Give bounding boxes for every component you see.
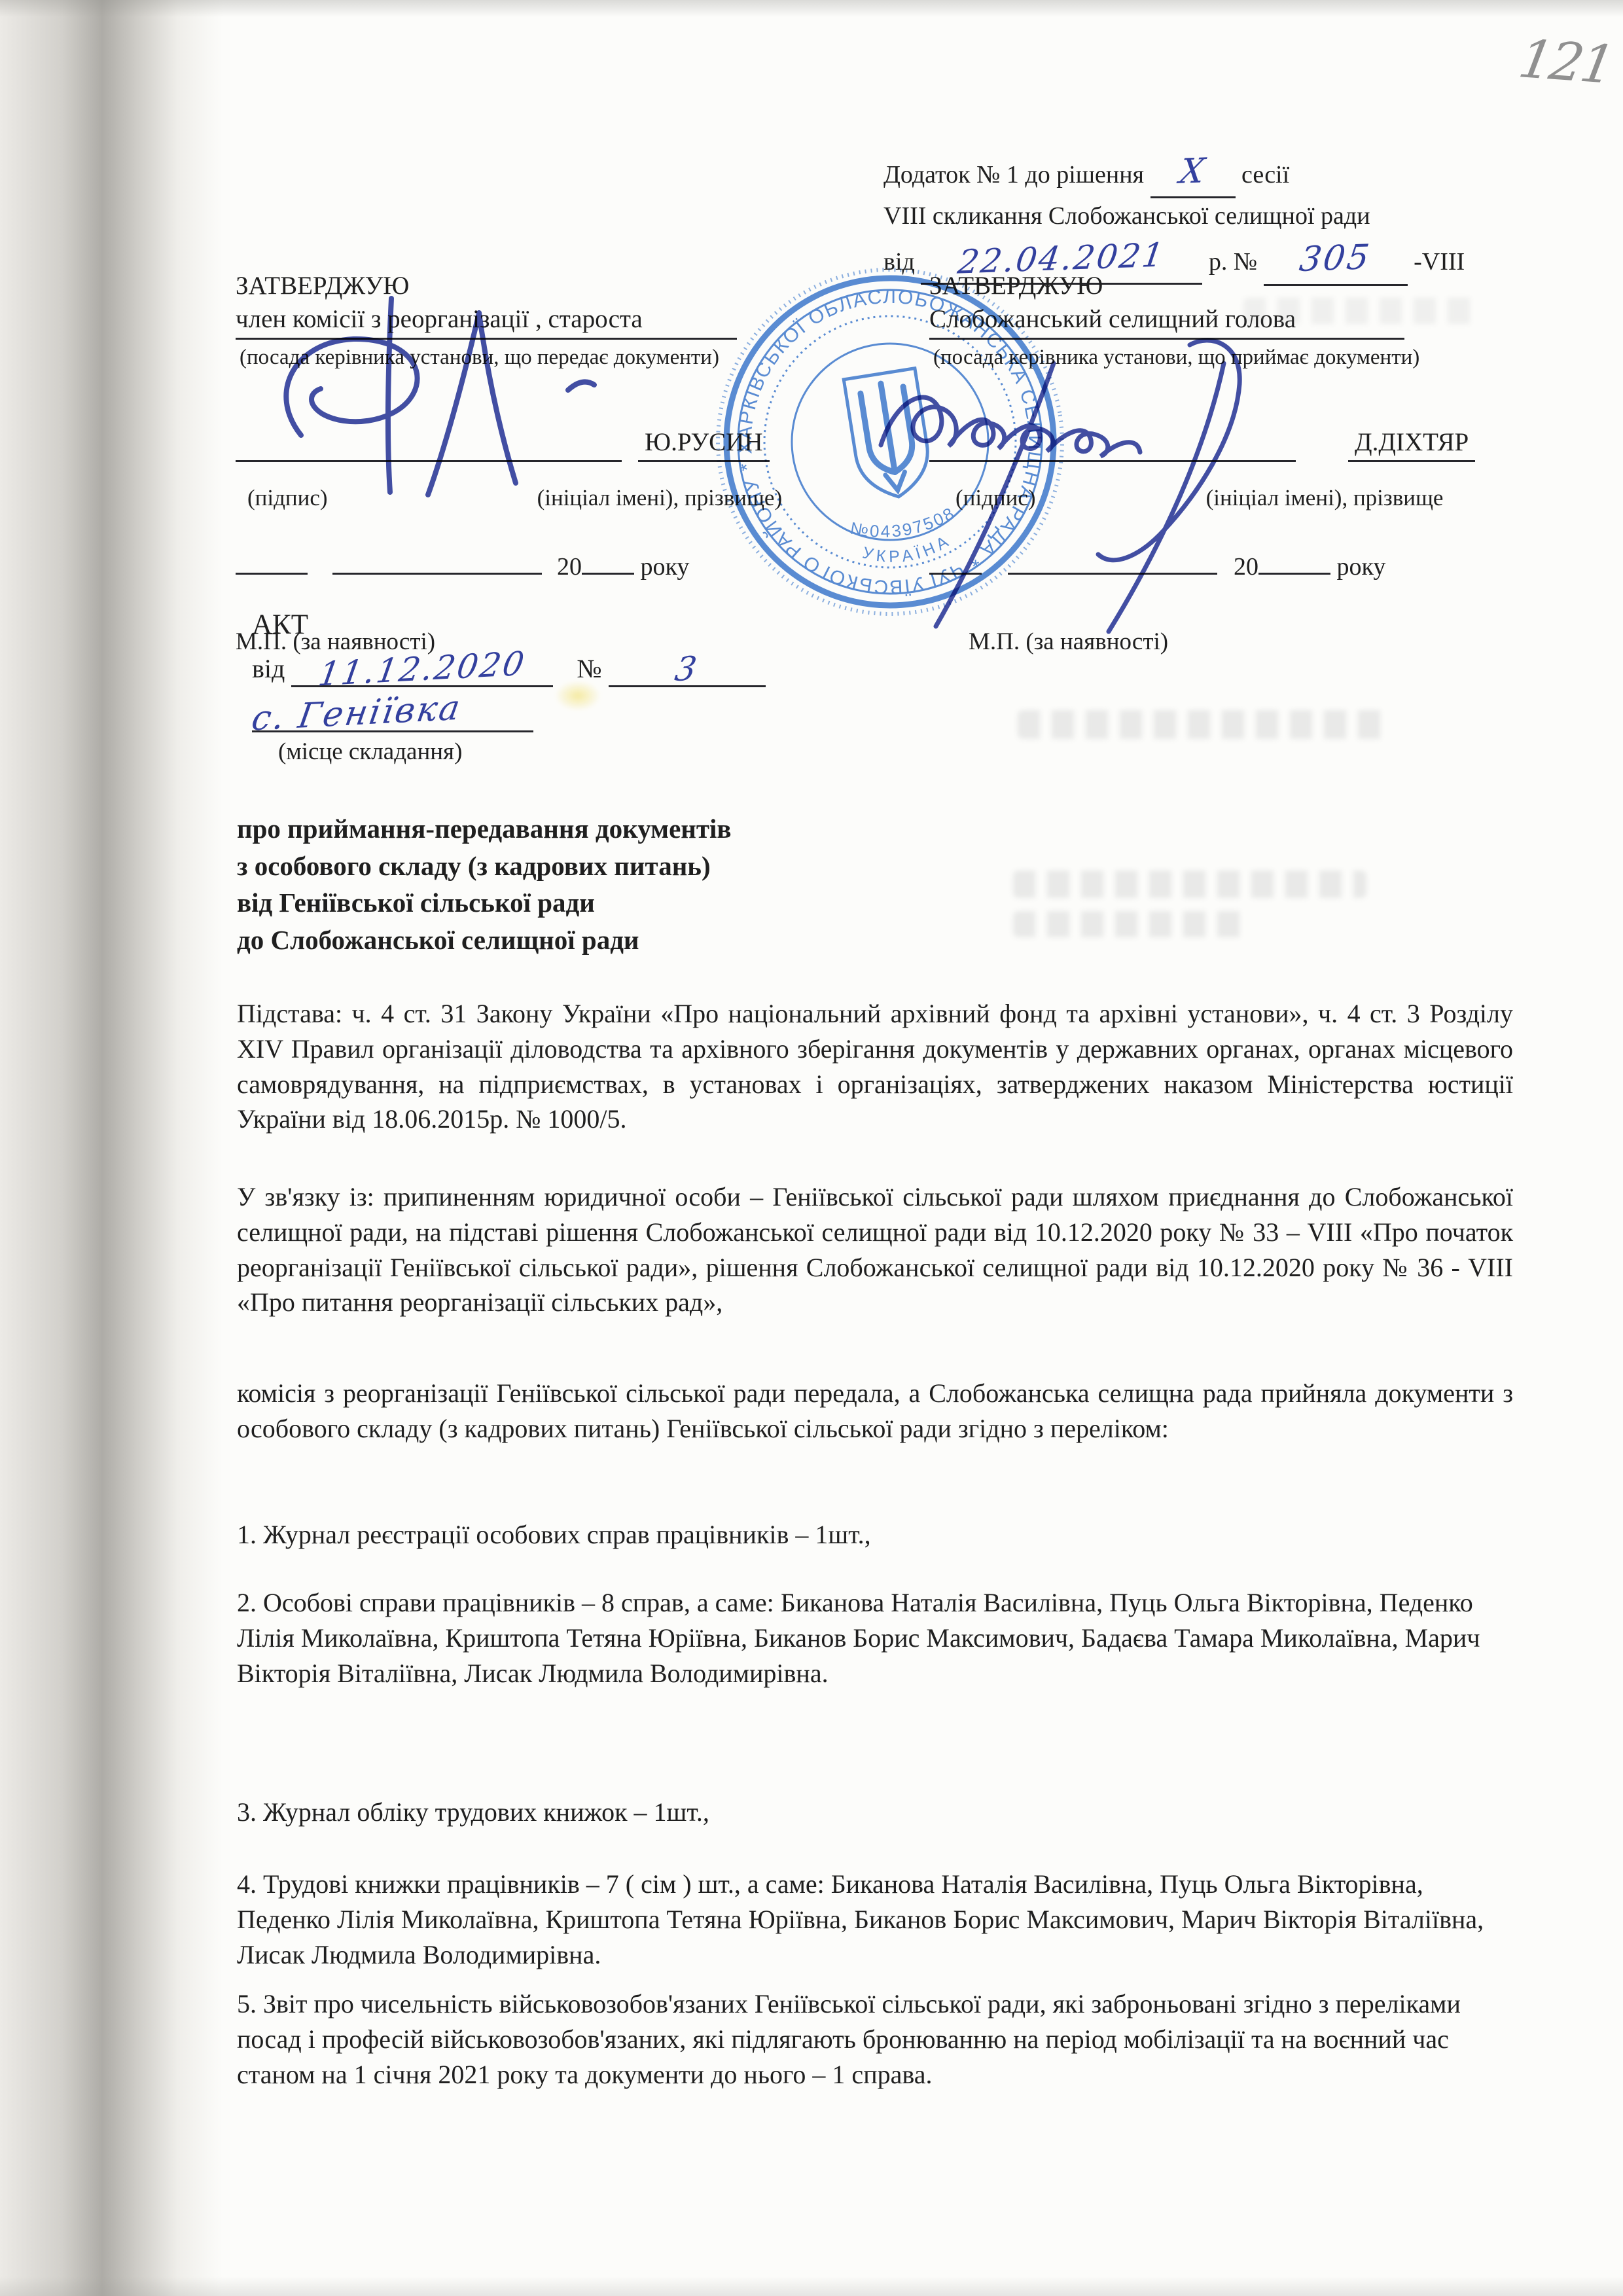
act-number-label: № [577,654,601,683]
title-line-1: про приймання-передавання документів [237,810,1153,848]
blank-day-field [236,573,308,575]
scan-bottom-shadow [0,2276,1623,2296]
paragraph-connection: У зв'язку із: припиненням юридичної особ… [237,1179,1513,1320]
act-place-field: с. Геніївка [252,691,533,732]
blank-year-field [582,573,634,575]
act-number-handwritten: 3 [673,649,702,689]
act-date-handwritten: 11.12.2020 [316,644,529,693]
session-number-field: Х [1150,147,1236,198]
act-heading: АКТ [252,609,880,641]
list-item-2: 2. Особові справи працівників – 8 справ,… [237,1585,1513,1691]
appendix-line1-text: Додаток № 1 до рішення [883,161,1144,188]
signature-transferring-ink [255,295,687,537]
year-suffix: року [641,553,690,581]
act-number-field: 3 [609,647,766,687]
appendix-line1-tail: сесії [1241,161,1289,188]
scan-left-shadow [0,0,223,2296]
scan-top-shadow [0,0,1623,17]
yellow-ink-smudge [555,681,601,711]
scanned-document-page: 121 Додаток № 1 до рішення Х сесії VIII … [0,0,1623,2296]
year-prefix: 20 [557,553,582,581]
act-place-handwritten: с. Геніївка [249,688,464,738]
pencil-page-number: 121 [1514,29,1617,96]
paragraph-basis: Підстава: ч. 4 ст. 31 Закону України «Пр… [237,996,1513,1137]
list-item-3: 3. Журнал обліку трудових книжок – 1шт., [237,1795,1513,1830]
session-number-handwritten: Х [1176,147,1209,197]
act-place-caption: (місце складання) [278,738,880,766]
appendix-line-1: Додаток № 1 до рішення Х сесії [883,147,1499,198]
act-from-label: від [252,654,285,683]
bleedthrough-smudge [1243,298,1479,324]
list-item-5: 5. Звіт про чисельність військовозобов'я… [237,1986,1513,2092]
bleedthrough-smudge [1013,870,1366,898]
act-date-field: 11.12.2020 [291,647,553,687]
signature-receiving-ink [857,324,1381,664]
appendix-line-2: VIII скликання Слобожанської селищної ра… [883,198,1499,234]
bleedthrough-smudge [1018,710,1384,739]
bleedthrough-smudge [1013,911,1249,937]
paragraph-commission: комісія з реорганізації Геніївської сіль… [237,1376,1513,1446]
blank-month-field [332,573,542,575]
list-item-4: 4. Трудові книжки працівників – 7 ( сім … [237,1867,1513,1972]
list-item-1: 1. Журнал реєстрації особових справ прац… [237,1517,1513,1552]
